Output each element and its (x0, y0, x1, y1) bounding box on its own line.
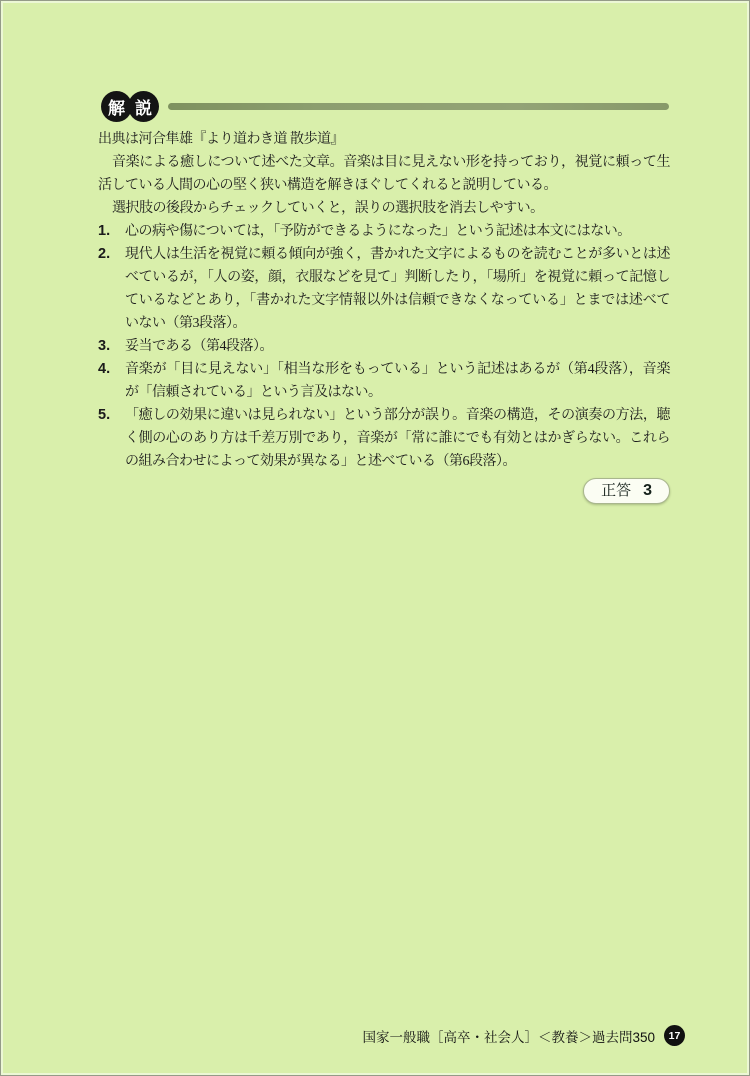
answer-row: 正答 3 (98, 478, 670, 504)
item-number: 4. (98, 358, 125, 404)
item-number: 5. (98, 404, 125, 473)
hint-paragraph: 選択肢の後段からチェックしていくと，誤りの選択肢を消去しやすい。 (98, 197, 670, 220)
item-text: 妥当である（第4段落）。 (125, 335, 670, 358)
kaisetsu-badge: 解 説 (101, 91, 159, 122)
item-number: 3. (98, 335, 125, 358)
explanation-body: 出典は河合隼雄『より道わき道 散歩道』 音楽による癒しについて述べた文章。音楽は… (98, 128, 670, 504)
summary-paragraph: 音楽による癒しについて述べた文章。音楽は目に見えない形を持っており，視覚に頼って… (98, 151, 670, 197)
item-number: 1. (98, 220, 125, 243)
correct-answer-label: 正答 (601, 478, 631, 504)
item-text: 現代人は生活を視覚に頼る傾向が強く，書かれた文字によるものを読むことが多いとは述… (125, 243, 670, 335)
item-text: 心の病や傷については，「予防ができるようになった」という記述は本文にはない。 (125, 220, 670, 243)
footer-book-title: 国家一般職［高卒・社会人］＜教養＞過去問350 (362, 1026, 655, 1046)
item-number: 2. (98, 243, 125, 335)
explanation-item-5: 5. 「癒しの効果に違いは見られない」という部分が誤り。音楽の構造，その演奏の方… (98, 404, 670, 473)
explanation-item-3: 3. 妥当である（第4段落）。 (98, 335, 670, 358)
explanation-item-1: 1. 心の病や傷については，「予防ができるようになった」という記述は本文にはない… (98, 220, 670, 243)
correct-answer-value: 3 (643, 478, 652, 504)
explanation-item-4: 4. 音楽が「目に見えない」「相当な形をもっている」という記述はあるが（第4段落… (98, 358, 670, 404)
explanation-item-2: 2. 現代人は生活を視覚に頼る傾向が強く，書かれた文字によるものを読むことが多い… (98, 243, 670, 335)
source-line: 出典は河合隼雄『より道わき道 散歩道』 (98, 128, 670, 151)
correct-answer-badge: 正答 3 (583, 478, 670, 504)
item-text: 「癒しの効果に違いは見られない」という部分が誤り。音楽の構造，その演奏の方法，聴… (125, 404, 670, 473)
book-page: 解 説 出典は河合隼雄『より道わき道 散歩道』 音楽による癒しについて述べた文章… (0, 0, 750, 1076)
header-rule (168, 103, 669, 110)
badge-circle-setsu: 説 (128, 91, 159, 122)
footer: 国家一般職［高卒・社会人］＜教養＞過去問350 17 (362, 1025, 685, 1046)
explanation-header: 解 説 (101, 90, 669, 122)
item-text: 音楽が「目に見えない」「相当な形をもっている」という記述はあるが（第4段落），音… (125, 358, 670, 404)
footer-page-number: 17 (664, 1025, 685, 1046)
